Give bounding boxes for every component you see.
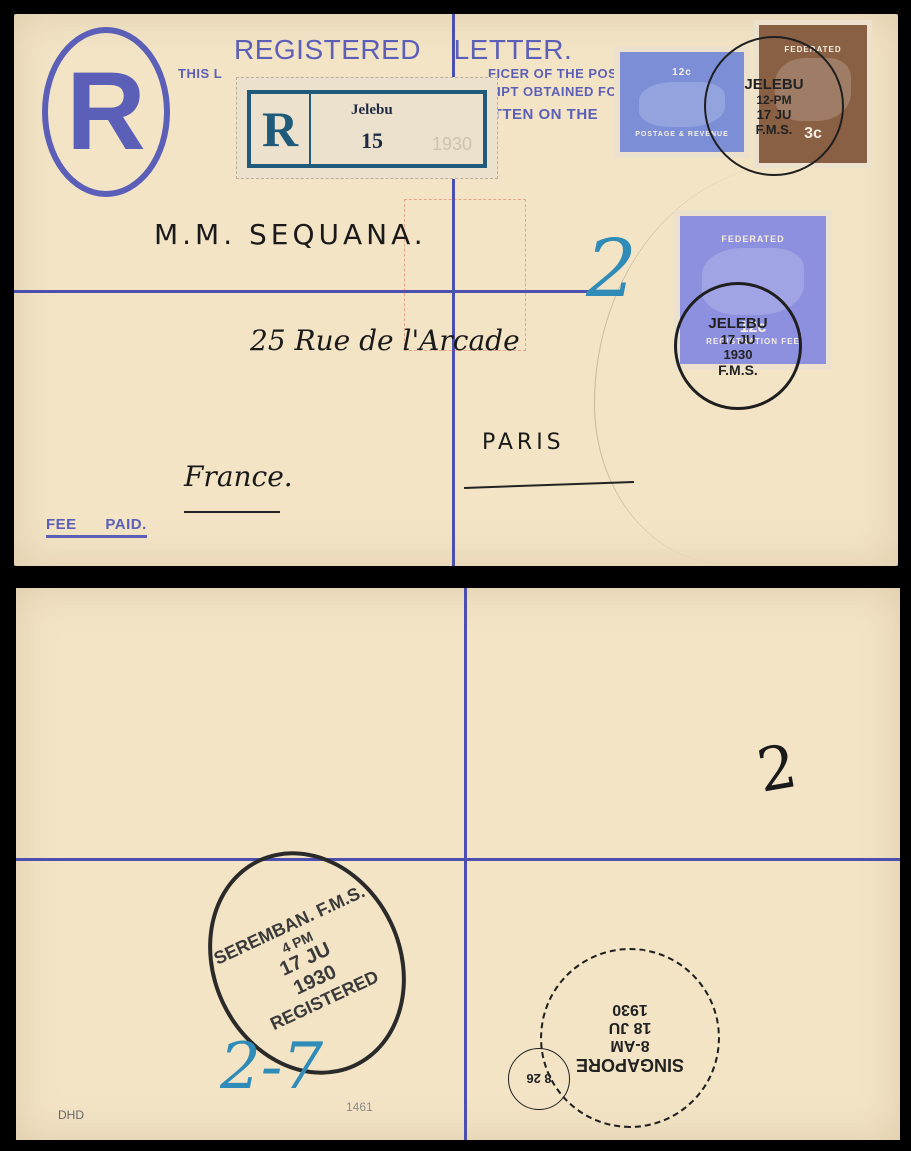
address-city: PARIS	[482, 430, 565, 455]
label-registration-number: 15	[361, 128, 383, 154]
blue-crayon-mark: 2	[586, 222, 637, 315]
address-country: France.	[184, 460, 293, 493]
jelebu-postmark-registration-stamp: JELEBU 17 JU 1930 F.M.S.	[674, 282, 802, 410]
envelope-back: 2 1461 DHD	[16, 588, 900, 1140]
stamp-value: 12c	[672, 67, 692, 78]
label-office-name: Jelebu	[351, 102, 393, 119]
registered-r-symbol: R	[66, 57, 145, 167]
pencil-note-back: 1461	[346, 1100, 373, 1114]
instruction-text-left: THIS L	[178, 66, 222, 81]
pencil-note-front: 1930	[432, 134, 472, 155]
pencil-initials: DHD	[58, 1108, 84, 1122]
singapore-postmark: SINGAPORE 8-AM 18 JU 1930	[540, 948, 720, 1128]
fee-paid-text: FEE PAID.	[46, 516, 147, 538]
pen-mark: 2	[752, 731, 802, 807]
envelope-front: R REGISTERED LETTER. THIS L FICER OF THE…	[14, 14, 898, 566]
jelebu-postmark-top: JELEBU 12-PM 17 JU F.M.S.	[704, 36, 844, 176]
blue-crayon-mark-back: 2-7	[220, 1030, 323, 1104]
registration-cross-line-horizontal	[16, 858, 900, 861]
instruction-text-line-3: ITTEN ON THE	[488, 106, 598, 123]
title-registered: REGISTERED	[234, 34, 421, 65]
registration-label: R Jelebu 15	[236, 77, 498, 179]
registration-cross-line-vertical	[464, 588, 467, 1140]
address-addressee: M.M. SEQUANA.	[154, 218, 427, 251]
small-circular-postmark: 8 26	[508, 1048, 570, 1110]
instruction-text-line-1: FICER OF THE POST	[488, 66, 626, 81]
address-street: 25 Rue de l'Arcade	[250, 324, 520, 357]
registered-r-oval-icon: R	[42, 27, 170, 197]
title-letter: LETTER.	[454, 34, 573, 65]
instruction-text-line-2: EIPT OBTAINED FO	[488, 84, 617, 99]
city-underline	[464, 481, 634, 489]
envelope-title: REGISTERED LETTER.	[234, 34, 572, 66]
label-r-symbol: R	[251, 94, 311, 164]
country-underline	[184, 511, 280, 513]
